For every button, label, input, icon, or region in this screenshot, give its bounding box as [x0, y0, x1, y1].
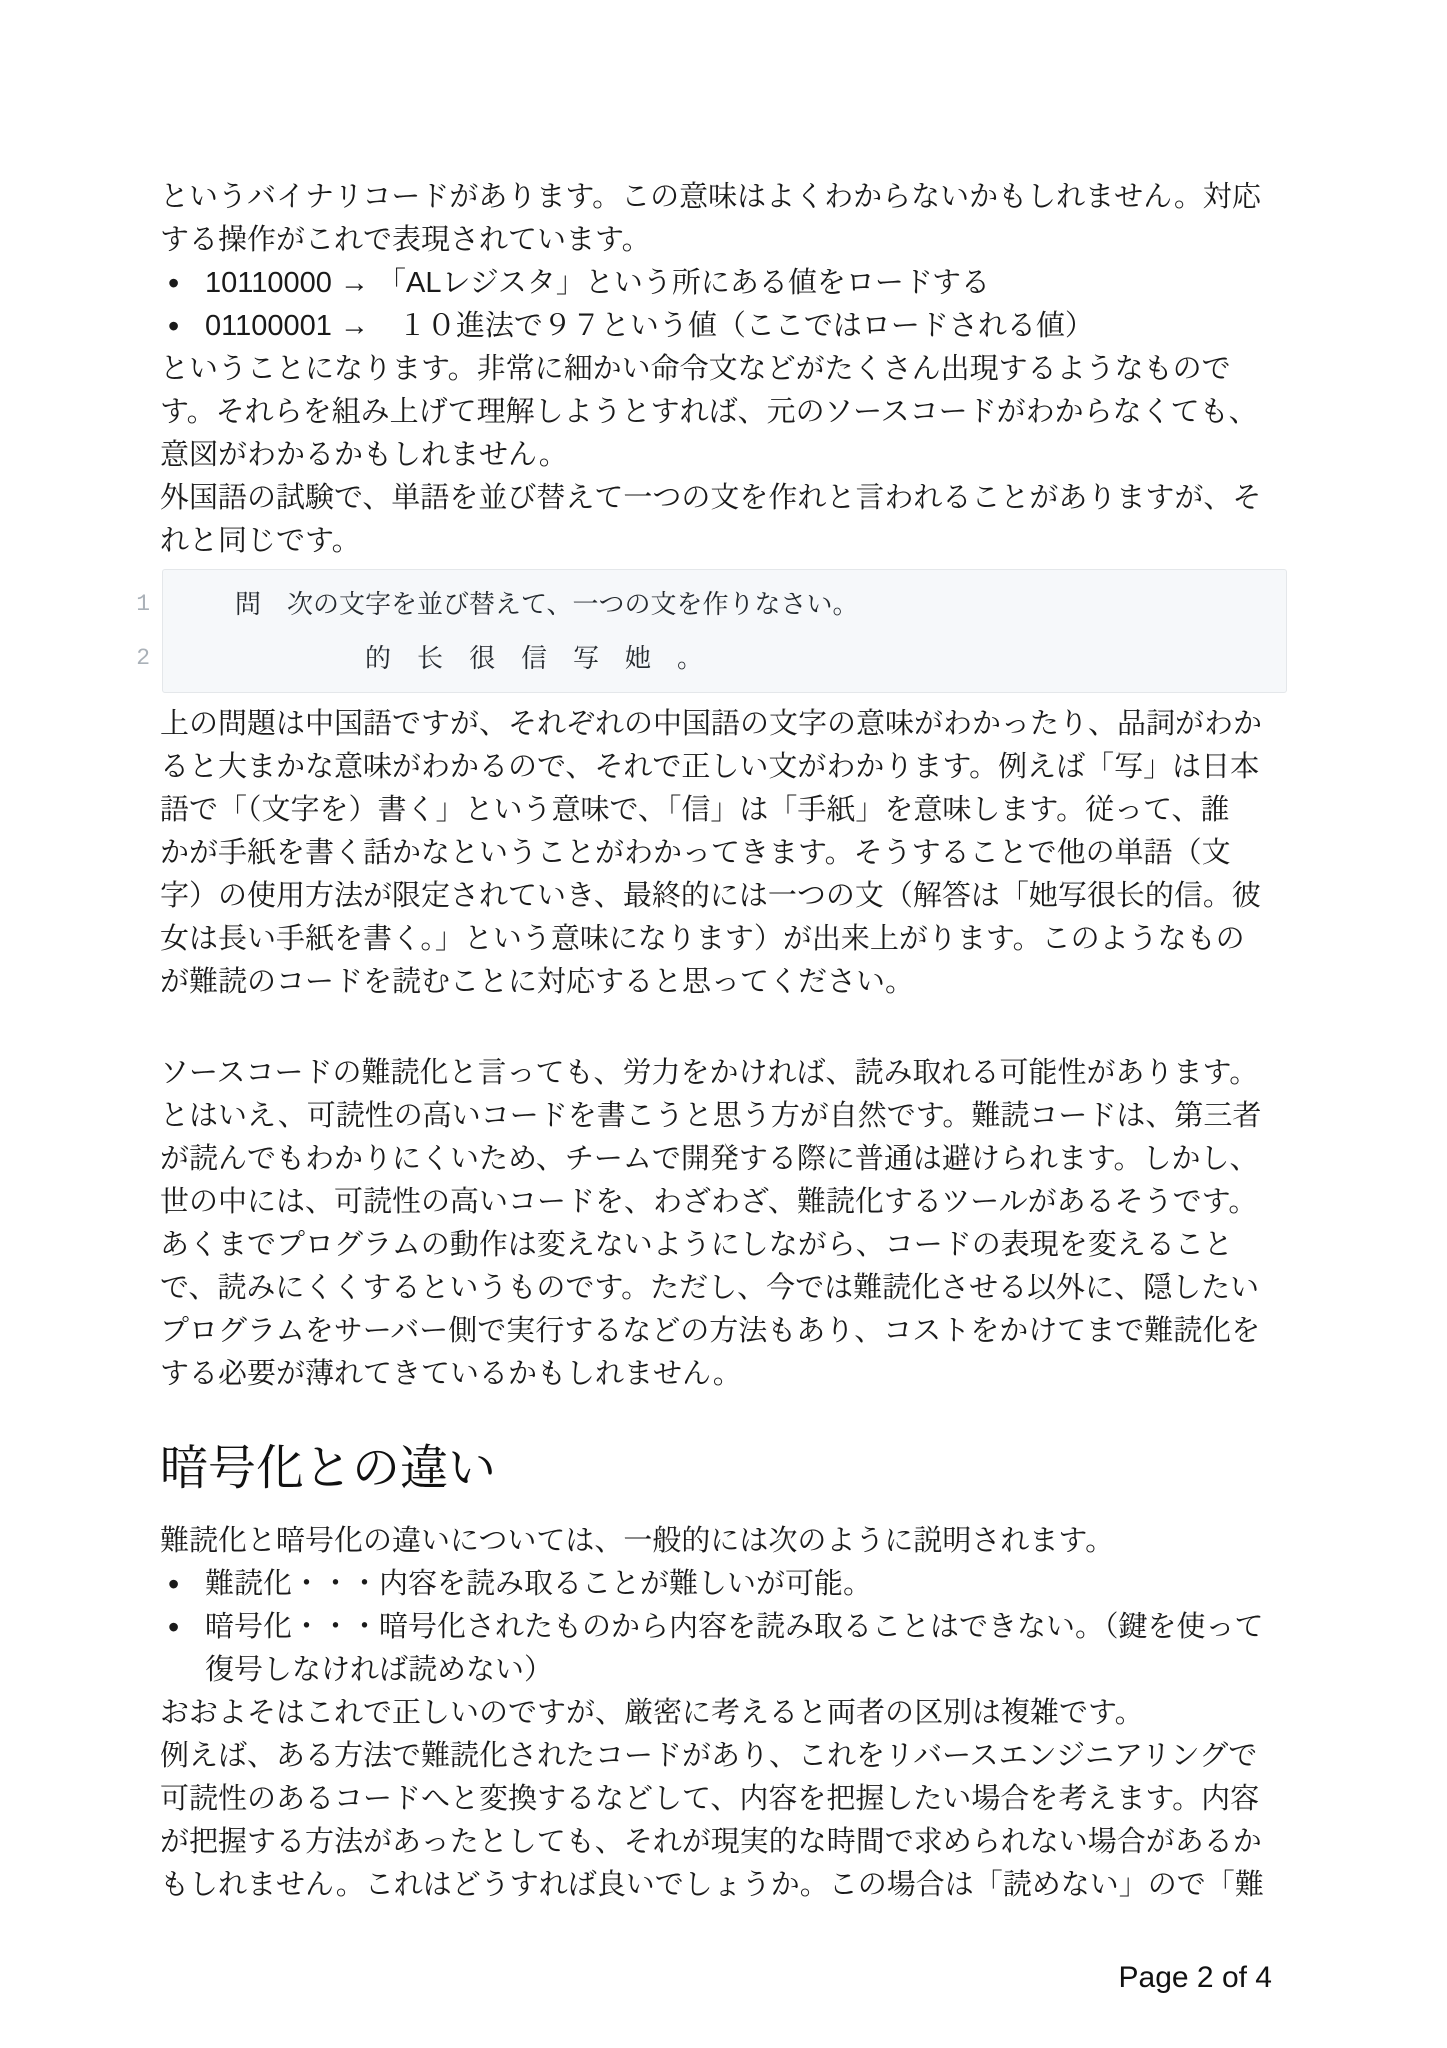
document-body: というバイナリコードがあります。この意味はよくわからないかもしれません。対応 す…: [160, 176, 1275, 1907]
code-line: 的 长 很 信 写 她 。: [183, 631, 1266, 685]
text-line: プログラムをサーバー側で実行するなどの方法もあり、コストをかけてまで難読化を: [160, 1310, 1275, 1353]
document-page: というバイナリコードがあります。この意味はよくわからないかもしれません。対応 す…: [0, 0, 1447, 2048]
list-item: 暗号化・・・暗号化されたものから内容を読み取ることはできない。（鍵を使って 復号…: [160, 1606, 1275, 1692]
list-item: 01100001 → １０進法で９７という値（ここではロードされる値）: [160, 305, 1275, 348]
text-line: が難読のコードを読むことに対応すると思ってください。: [160, 961, 1275, 1004]
code-box: 問 次の文字を並び替えて、一つの文を作りなさい。 的 长 很 信 写 她 。: [162, 569, 1287, 693]
paragraph-strict-distinction: おおよそはこれで正しいのですが、厳密に考えると両者の区別は複雑です。 例えば、あ…: [160, 1692, 1275, 1907]
code-block: 1 2 問 次の文字を並び替えて、一つの文を作りなさい。 的 长 很 信 写 她…: [100, 569, 1287, 693]
text-line: 例えば、ある方法で難読化されたコードがあり、これをリバースエンジニアリングで: [160, 1735, 1275, 1778]
paragraph-exam-analogy: 外国語の試験で、単語を並び替えて一つの文を作れと言われることがありますが、そ れ…: [160, 477, 1275, 563]
text-line: もしれません。これはどうすれば良いでしょうか。この場合は「読めない」ので「難: [160, 1864, 1275, 1907]
bullet-list-difference: 難読化・・・内容を読み取ることが難しいが可能。 暗号化・・・暗号化されたものから…: [160, 1563, 1275, 1692]
text-line: 上の問題は中国語ですが、それぞれの中国語の文字の意味がわかったり、品詞がわか: [160, 703, 1275, 746]
paragraph-diff-intro: 難読化と暗号化の違いについては、一般的には次のように説明されます。: [160, 1520, 1275, 1563]
bullet-list-binary: 10110000 → 「ALレジスタ」という所にある値をロードする 011000…: [160, 262, 1275, 348]
page-number: Page 2 of 4: [1119, 1958, 1272, 1998]
text-line: とはいえ、可読性の高いコードを書こうと思う方が自然です。難読コードは、第三者: [160, 1095, 1275, 1138]
line-number: 2: [100, 631, 150, 685]
text-line: あくまでプログラムの動作は変えないようにしながら、コードの表現を変えること: [160, 1224, 1275, 1267]
code-line-number-gutter: 1 2: [100, 569, 162, 693]
text-line: が読んでもわかりにくいため、チームで開発する際に普通は避けられます。しかし、: [160, 1138, 1275, 1181]
paragraph-binary-intro: というバイナリコードがあります。この意味はよくわからないかもしれません。対応 す…: [160, 176, 1275, 262]
text-line: 10110000 → 「ALレジスタ」という所にある値をロードする: [205, 262, 1275, 305]
text-line: する必要が薄れてきているかもしれません。: [160, 1353, 1275, 1396]
list-item: 10110000 → 「ALレジスタ」という所にある値をロードする: [160, 262, 1275, 305]
paragraph-chinese-example: 上の問題は中国語ですが、それぞれの中国語の文字の意味がわかったり、品詞がわか る…: [160, 703, 1275, 1004]
text-line: で、読みにくくするというものです。ただし、今では難読化させる以外に、隠したい: [160, 1267, 1275, 1310]
text-line: おおよそはこれで正しいのですが、厳密に考えると両者の区別は複雑です。: [160, 1692, 1275, 1735]
text-line: 可読性のあるコードへと変換するなどして、内容を把握したい場合を考えます。内容: [160, 1778, 1275, 1821]
text-line: 字）の使用方法が限定されていき、最終的には一つの文（解答は「她写很长的信。彼: [160, 875, 1275, 918]
list-item: 難読化・・・内容を読み取ることが難しいが可能。: [160, 1563, 1275, 1606]
text-line: れと同じです。: [160, 520, 1275, 563]
paragraph-meaning: ということになります。非常に細かい命令文などがたくさん出現するようなもので す。…: [160, 348, 1275, 477]
text-line: す。それらを組み上げて理解しようとすれば、元のソースコードがわからなくても、: [160, 391, 1275, 434]
text-line: 01100001 → １０進法で９７という値（ここではロードされる値）: [205, 305, 1275, 348]
section-heading: 暗号化との違い: [160, 1432, 1275, 1506]
text-line: 語で「（文字を）書く」という意味で、「信」は「手紙」を意味します。従って、誰: [160, 789, 1275, 832]
text-line: 意図がわかるかもしれません。: [160, 434, 1275, 477]
code-line: 問 次の文字を並び替えて、一つの文を作りなさい。: [183, 577, 1266, 631]
text-line: 難読化・・・内容を読み取ることが難しいが可能。: [205, 1563, 1275, 1606]
text-line: 世の中には、可読性の高いコードを、わざわざ、難読化するツールがあるそうです。: [160, 1181, 1275, 1224]
text-line: する操作がこれで表現されています。: [160, 219, 1275, 262]
line-number: 1: [100, 577, 150, 631]
text-line: かが手紙を書く話かなということがわかってきます。そうすることで他の単語（文: [160, 832, 1275, 875]
text-line: 難読化と暗号化の違いについては、一般的には次のように説明されます。: [160, 1520, 1275, 1563]
text-line: ということになります。非常に細かい命令文などがたくさん出現するようなもので: [160, 348, 1275, 391]
text-line: ソースコードの難読化と言っても、労力をかければ、読み取れる可能性があります。: [160, 1052, 1275, 1095]
text-line: 女は長い手紙を書く。」という意味になります）が出来上がります。このようなもの: [160, 918, 1275, 961]
text-line: ると大まかな意味がわかるので、それで正しい文がわかります。例えば「写」は日本: [160, 746, 1275, 789]
text-line: 復号しなければ読めない）: [205, 1649, 1275, 1692]
paragraph-obfuscation-tools: ソースコードの難読化と言っても、労力をかければ、読み取れる可能性があります。 と…: [160, 1052, 1275, 1396]
text-line: 外国語の試験で、単語を並び替えて一つの文を作れと言われることがありますが、そ: [160, 477, 1275, 520]
text-line: というバイナリコードがあります。この意味はよくわからないかもしれません。対応: [160, 176, 1275, 219]
text-line: が把握する方法があったとしても、それが現実的な時間で求められない場合があるか: [160, 1821, 1275, 1864]
text-line: 暗号化・・・暗号化されたものから内容を読み取ることはできない。（鍵を使って: [205, 1606, 1275, 1649]
